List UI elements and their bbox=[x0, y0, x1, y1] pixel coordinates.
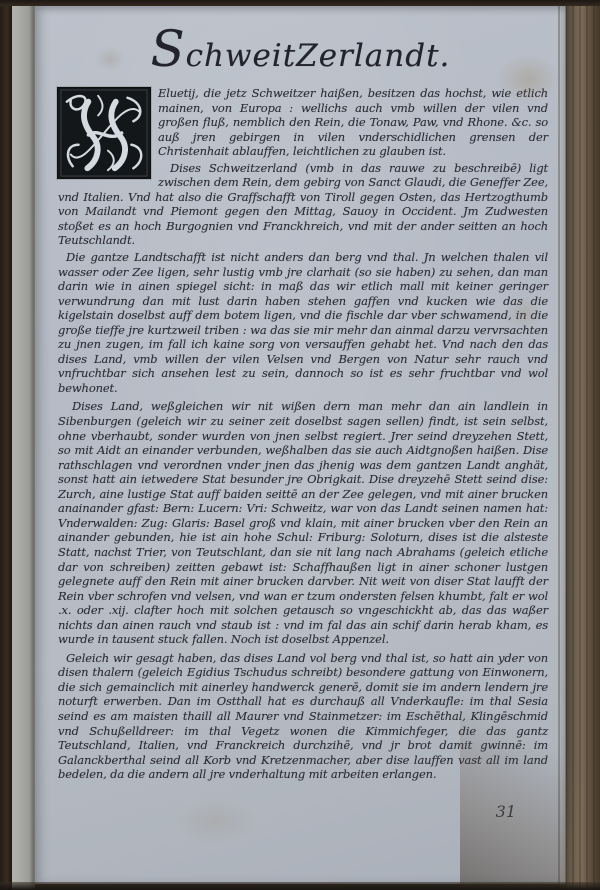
book-page-edges-left bbox=[12, 0, 35, 890]
paragraph: Die gantze Landtschafft ist nicht anders… bbox=[58, 250, 548, 395]
book-binding-left bbox=[0, 0, 12, 890]
photo-edge-bottom bbox=[0, 882, 600, 890]
page-title: SchweitZerlandt. bbox=[35, 20, 566, 78]
book-page-edges-right bbox=[558, 0, 600, 890]
paper-stain bbox=[175, 798, 255, 844]
paragraph: Dises Land, weßgleichen wir nit wißen de… bbox=[58, 399, 548, 646]
decorative-initial-h-icon bbox=[58, 88, 150, 178]
photo-edge-top bbox=[0, 0, 600, 6]
book-photo: SchweitZerlandt. bbox=[0, 0, 600, 890]
